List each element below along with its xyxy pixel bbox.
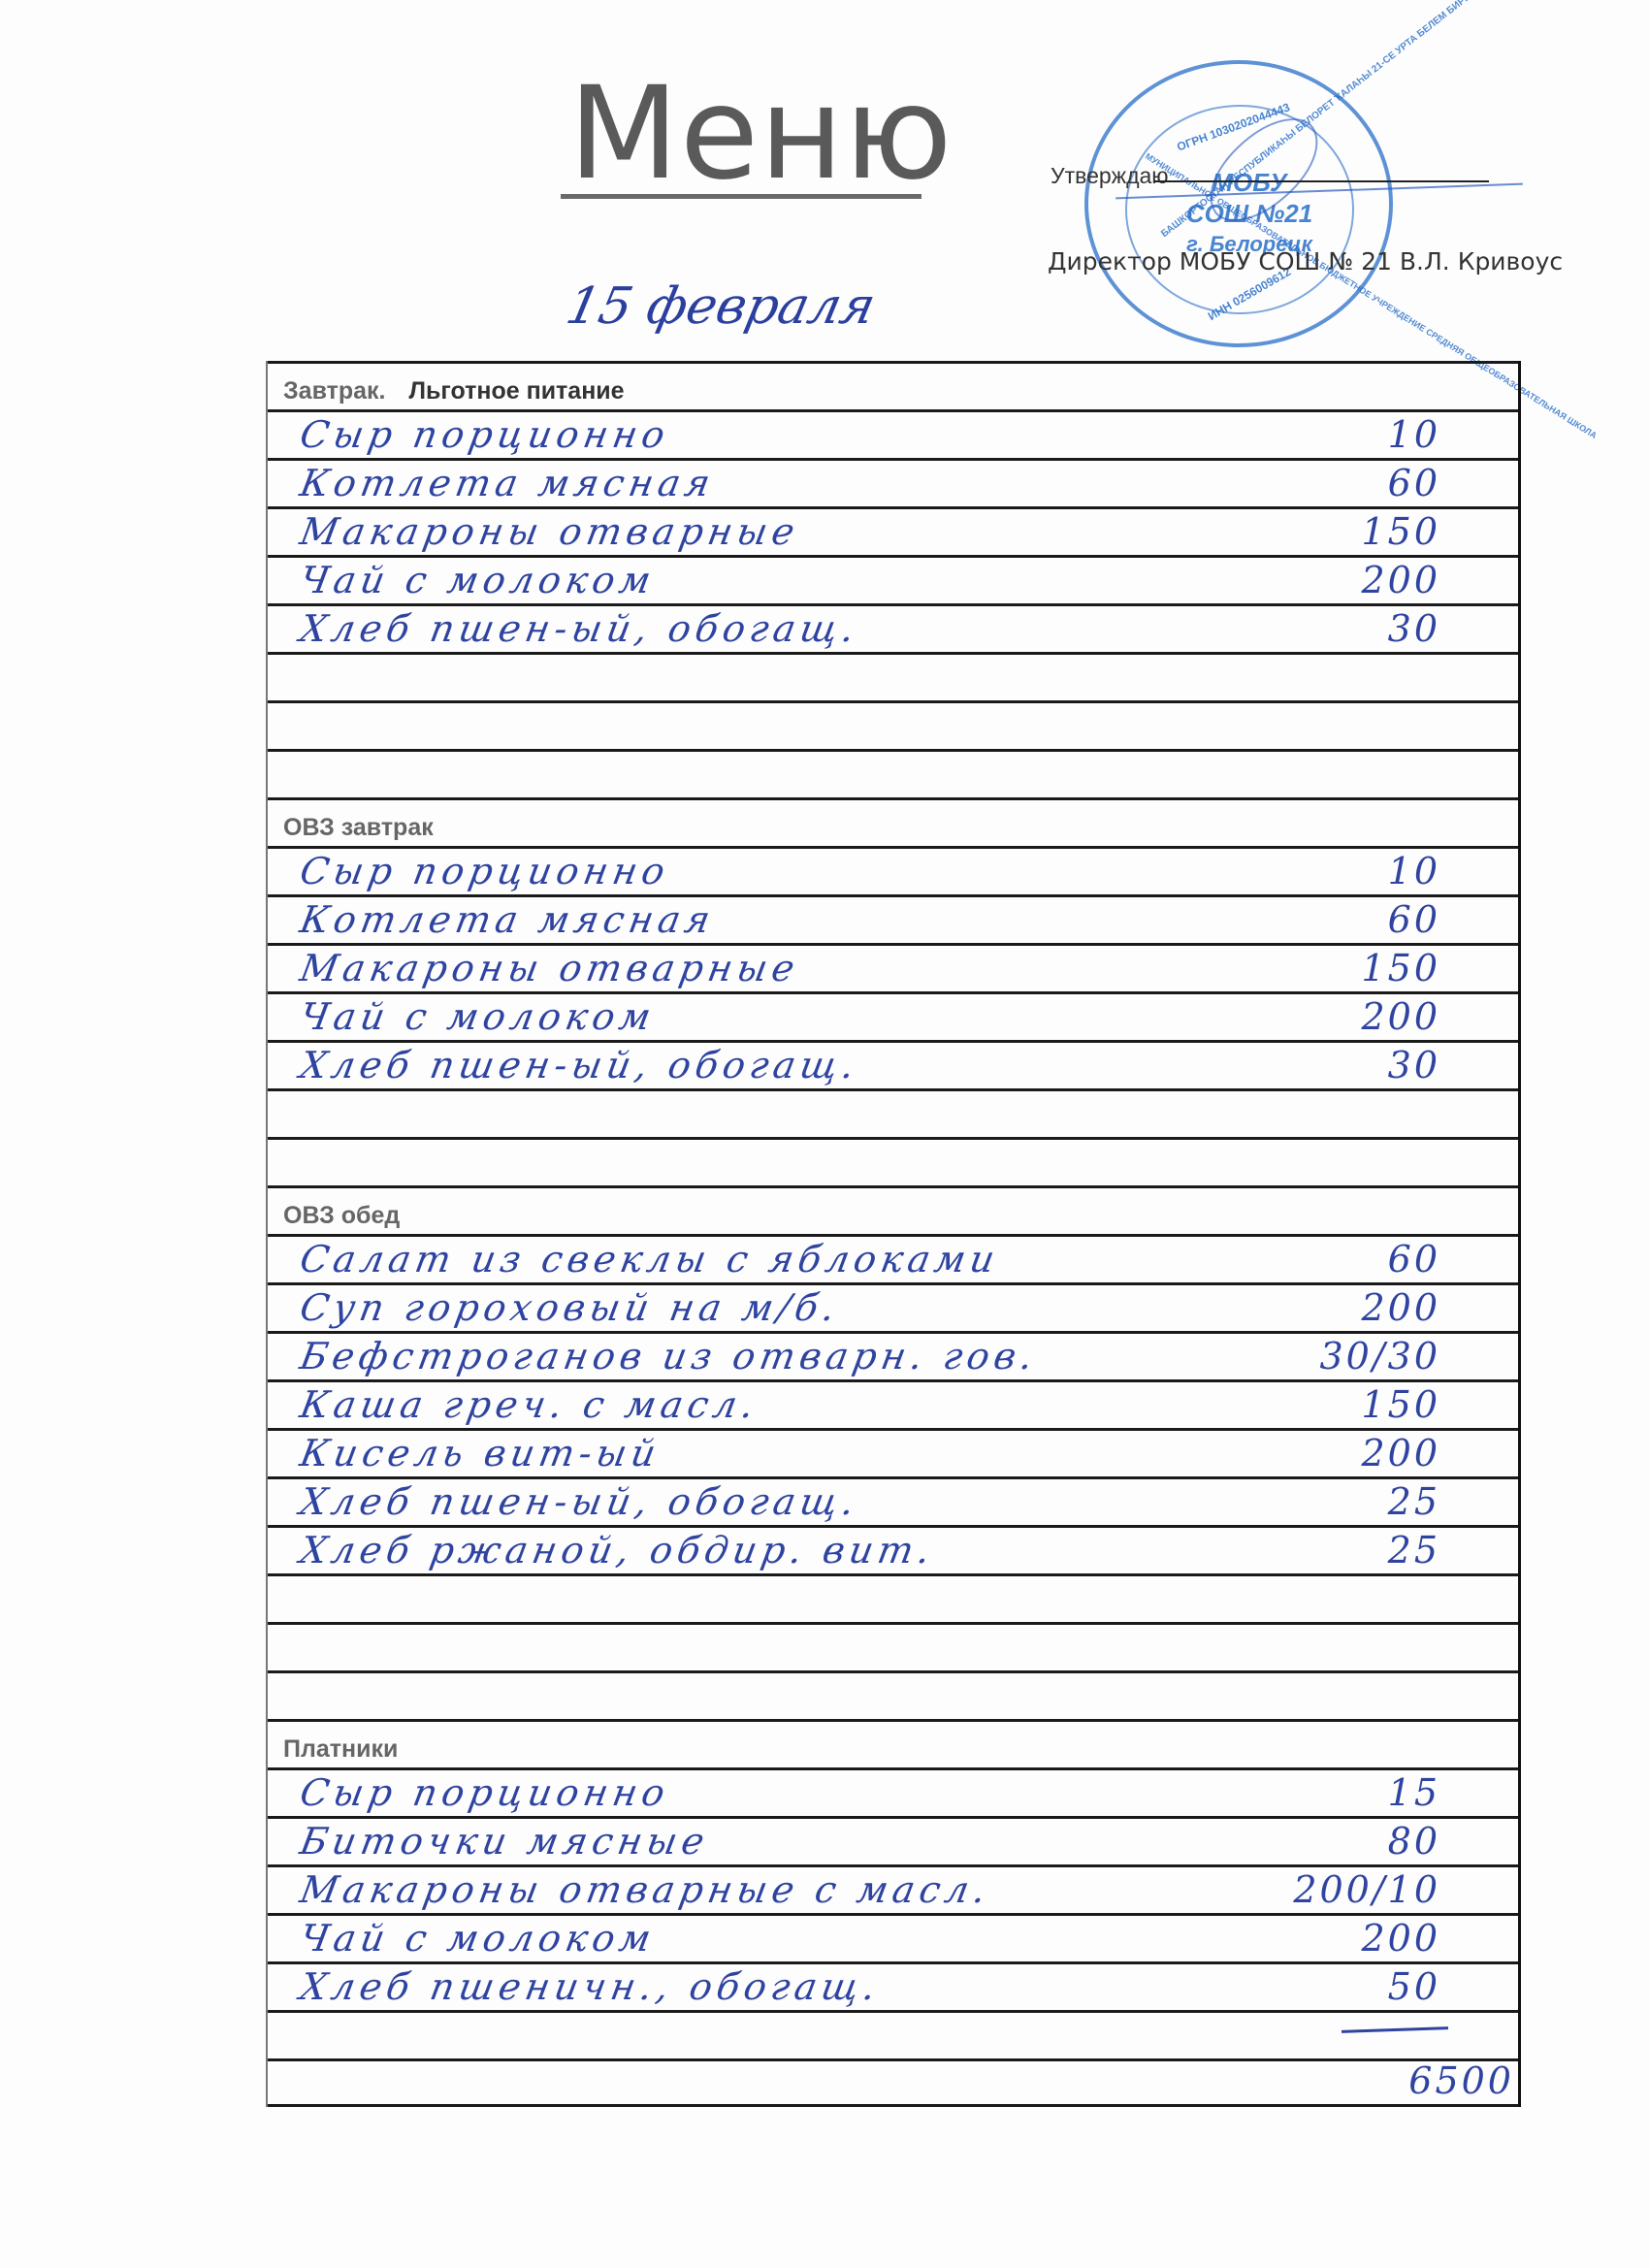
dish-quantity: 200 <box>1361 559 1440 601</box>
table-row: Хлеб пшен-ый, обогащ.30 <box>268 603 1518 652</box>
approve-signature-line <box>1154 180 1489 182</box>
dish-name: Сыр порционно <box>297 1771 673 1814</box>
title-underline <box>561 194 921 199</box>
total-dash <box>1342 2026 1448 2033</box>
dish-name: Чай с молоком <box>297 995 659 1038</box>
empty-row <box>268 1088 1518 1137</box>
table-row: Биточки мясные80 <box>268 1816 1518 1864</box>
dish-quantity: 150 <box>1361 510 1440 553</box>
dish-name: Сыр порционно <box>297 850 673 892</box>
empty-row <box>268 1622 1518 1670</box>
dish-name: Макароны отварные с масл. <box>297 1868 994 1911</box>
dish-quantity: 200/10 <box>1293 1868 1440 1911</box>
dish-name: Хлеб пшен-ый, обогащ. <box>297 607 862 650</box>
section-label: Завтрак.Льготное питание <box>283 377 625 405</box>
dish-name: Кисель вит-ый <box>297 1432 663 1474</box>
handwritten-date: 15 февраля <box>562 277 881 336</box>
table-row: Салат из свеклы с яблоками60 <box>268 1234 1518 1282</box>
dish-name: Котлета мясная <box>297 898 718 941</box>
dish-name: Чай с молоком <box>297 559 659 601</box>
total-row: 6500 <box>268 2058 1518 2107</box>
menu-table: Завтрак.Льготное питаниеСыр порционно10К… <box>266 361 1521 2107</box>
section-label: ОВЗ обед <box>283 1202 400 1230</box>
table-row: Сыр порционно10 <box>268 409 1518 458</box>
table-row: Бефстроганов из отварн. гов.30/30 <box>268 1331 1518 1379</box>
dish-name: Салат из свеклы с яблоками <box>297 1238 1003 1280</box>
dish-name: Бефстроганов из отварн. гов. <box>297 1335 1041 1377</box>
empty-row <box>268 652 1518 700</box>
total-value: 6500 <box>1408 2059 1514 2102</box>
dish-name: Хлеб пшен-ый, обогащ. <box>297 1044 862 1086</box>
dish-quantity: 60 <box>1388 1238 1440 1280</box>
dish-name: Каша греч. с масл. <box>297 1383 761 1426</box>
dish-quantity: 60 <box>1388 898 1440 941</box>
dish-name: Макароны отварные <box>297 947 802 989</box>
dish-quantity: 200 <box>1361 1286 1440 1329</box>
table-row: Чай с молоком200 <box>268 1913 1518 1961</box>
dish-quantity: 10 <box>1388 850 1440 892</box>
director-line: Директор МОБУ СОШ № 21 В.Л. Кривоус <box>1048 247 1563 275</box>
approve-label: Утверждаю <box>1051 163 1169 189</box>
dish-name: Хлеб пшеничн., обогащ. <box>297 1965 884 2008</box>
dish-name: Суп гороховый на м/б. <box>297 1286 843 1329</box>
section-label: Платники <box>283 1735 398 1764</box>
empty-row <box>268 2010 1518 2058</box>
dish-quantity: 200 <box>1361 1917 1440 1960</box>
dish-quantity: 150 <box>1361 1383 1440 1426</box>
dish-quantity: 200 <box>1361 995 1440 1038</box>
table-row: Макароны отварные с масл.200/10 <box>268 1864 1518 1913</box>
dish-quantity: 30/30 <box>1319 1335 1440 1377</box>
table-row: Каша греч. с масл.150 <box>268 1379 1518 1428</box>
table-row: Макароны отварные150 <box>268 506 1518 555</box>
dish-quantity: 60 <box>1388 462 1440 504</box>
dish-name: Сыр порционно <box>297 413 673 456</box>
table-row: Макароны отварные150 <box>268 943 1518 991</box>
empty-row <box>268 1137 1518 1185</box>
dish-quantity: 50 <box>1388 1965 1440 2008</box>
empty-row <box>268 700 1518 749</box>
dish-quantity: 25 <box>1388 1529 1440 1571</box>
dish-name: Хлеб ржаной, обдир. вит. <box>297 1529 938 1571</box>
section-label: ОВЗ завтрак <box>283 814 434 842</box>
dish-quantity: 25 <box>1388 1480 1440 1523</box>
section-title: Завтрак. <box>283 377 385 405</box>
section-header-row: Платники <box>268 1719 1518 1767</box>
dish-quantity: 15 <box>1388 1771 1440 1814</box>
table-row: Хлеб пшен-ый, обогащ.25 <box>268 1476 1518 1525</box>
empty-row <box>268 1670 1518 1719</box>
dish-name: Котлета мясная <box>297 462 718 504</box>
section-title: ОВЗ обед <box>283 1202 400 1229</box>
section-header-row: ОВЗ обед <box>268 1185 1518 1234</box>
table-row: Хлеб пшен-ый, обогащ.30 <box>268 1040 1518 1088</box>
table-row: Хлеб пшеничн., обогащ.50 <box>268 1961 1518 2010</box>
page-title: Меню <box>568 70 954 198</box>
empty-row <box>268 749 1518 797</box>
dish-name: Биточки мясные <box>297 1820 712 1863</box>
section-header-row: ОВЗ завтрак <box>268 797 1518 846</box>
table-row: Суп гороховый на м/б.200 <box>268 1282 1518 1331</box>
dish-quantity: 150 <box>1361 947 1440 989</box>
empty-row <box>268 1573 1518 1622</box>
table-row: Кисель вит-ый200 <box>268 1428 1518 1476</box>
table-row: Чай с молоком200 <box>268 991 1518 1040</box>
dish-quantity: 30 <box>1388 1044 1440 1086</box>
section-title: Платники <box>283 1735 398 1763</box>
dish-quantity: 30 <box>1388 607 1440 650</box>
table-row: Чай с молоком200 <box>268 555 1518 603</box>
dish-name: Чай с молоком <box>297 1917 659 1960</box>
section-header-row: Завтрак.Льготное питание <box>268 361 1518 409</box>
dish-name: Макароны отварные <box>297 510 802 553</box>
table-row: Хлеб ржаной, обдир. вит.25 <box>268 1525 1518 1573</box>
dish-quantity: 200 <box>1361 1432 1440 1474</box>
table-row: Котлета мясная60 <box>268 894 1518 943</box>
dish-name: Хлеб пшен-ый, обогащ. <box>297 1480 862 1523</box>
section-title: ОВЗ завтрак <box>283 814 434 841</box>
table-row: Сыр порционно10 <box>268 846 1518 894</box>
dish-quantity: 10 <box>1388 413 1440 456</box>
dish-quantity: 80 <box>1388 1820 1440 1863</box>
table-row: Сыр порционно15 <box>268 1767 1518 1816</box>
section-subtitle: Льготное питание <box>408 377 624 405</box>
table-row: Котлета мясная60 <box>268 458 1518 506</box>
